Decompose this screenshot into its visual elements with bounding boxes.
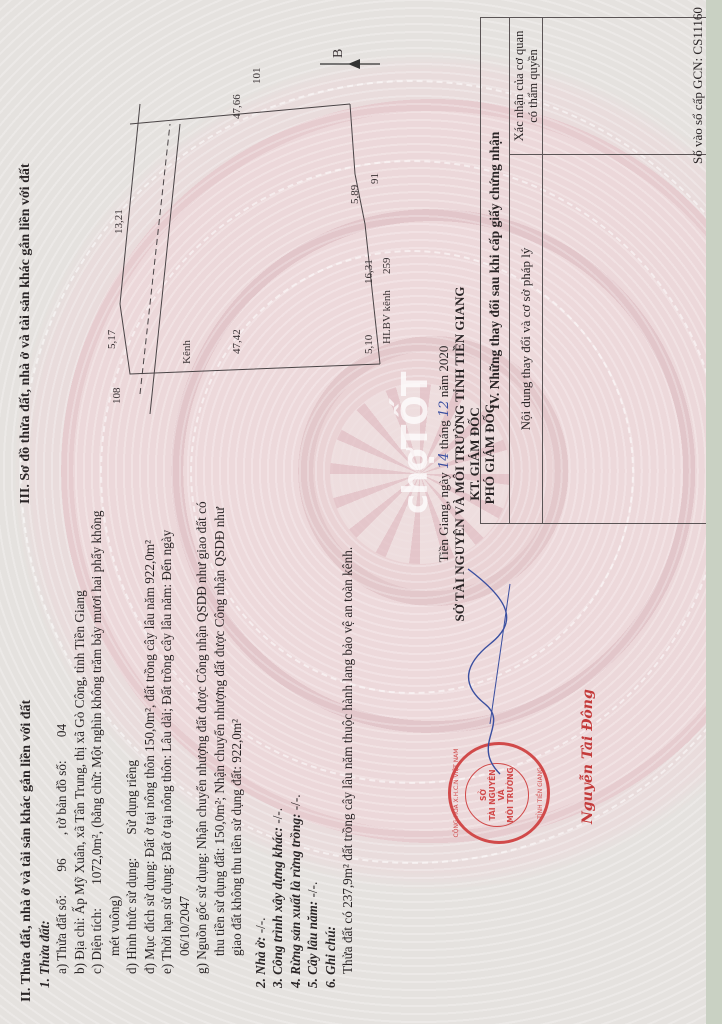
stamp-ring-text: CỘNG HÒA X.H.C.N VIỆT NAM — [453, 745, 460, 841]
field-label: , tờ bản đồ số: — [54, 760, 69, 835]
field-value: -/-. — [253, 918, 268, 934]
edge-length-label: 5,89 — [349, 184, 361, 204]
address-row: b) Địa chỉ: Ấp Mỹ Xuân, xã Tân Trung, th… — [71, 532, 89, 1002]
note-value: Thửa đất có 237,9m² đất trồng cây lâu nă… — [339, 532, 357, 1002]
section-title: II. Thửa đất, nhà ở và tài sản khác gắn … — [18, 532, 36, 1002]
origin-value-cont: thu tiền sử dụng đất: 150,0m²; Nhận chuy… — [211, 532, 229, 1002]
field-label: g) Nguồn gốc sử dụng: — [194, 853, 209, 974]
term-value-cont: 06/10/2047 — [176, 532, 194, 1002]
date-prefix: Tiền Giang, ngày — [436, 472, 451, 562]
edge-length-label: 5,17 — [106, 329, 118, 349]
subsection-title: 1. Thửa đất: — [36, 532, 54, 1002]
field-label: 5. Cây lâu năm: — [305, 901, 320, 988]
section-title: III. Sơ đồ thửa đất, nhà ở và tài sản kh… — [18, 163, 34, 504]
changes-table: IV. Những thay đổi sau khi cấp giấy chứn… — [480, 17, 712, 524]
stamp-ring-text: TỈNH TIỀN GIANG — [537, 745, 544, 841]
header-line: Xác nhận của cơ quan — [512, 18, 526, 154]
date-month: 12 — [437, 401, 452, 418]
purpose-row: đ) Mục đích sử dụng: Đất ở tại nông thôn… — [141, 532, 159, 1002]
column-header-content: Nội dung thay đổi và cơ sở pháp lý — [510, 154, 542, 523]
field-value: -/-. — [270, 808, 285, 824]
parcel-number: 96 — [54, 858, 69, 871]
origin-value-cont: giao đất không thu tiền sử dụng đất: 922… — [228, 532, 246, 1002]
field-label: 3. Công trình xây dựng khác: — [270, 827, 285, 988]
edge-length-label: 13,21 — [113, 209, 125, 234]
column-header-confirm: Xác nhận của cơ quan có thẩm quyền — [510, 18, 542, 154]
field-label: 2. Nhà ở: — [253, 937, 268, 988]
edge-length-label: 16,31 — [363, 259, 375, 284]
field-value: -/-. — [305, 882, 320, 898]
stamp-text: SỞ — [479, 789, 488, 801]
address-value: Ấp Mỹ Xuân, xã Tân Trung, thị xã Gò Công… — [72, 590, 87, 914]
place-date-line: Tiền Giang, ngày 14 tháng 12 năm 2020 — [436, 284, 452, 624]
edge-length-label: 5,10 — [363, 334, 375, 354]
field-label: a) Thửa đất số: — [54, 895, 69, 974]
perennial-row: 5. Cây lâu năm: -/-. — [304, 532, 322, 1002]
parcel-map: B 91 259 101 108 HLBV kênh Kênh 5,89 16,… — [60, 24, 420, 424]
area-value: 1072,0m², (bằng chữ: Một nghìn không tră… — [89, 511, 104, 885]
area-row: c) Diện tích: 1072,0m², (bằng chữ: Một n… — [88, 532, 106, 1002]
photo-edge — [706, 0, 722, 1024]
field-label: 4. Rừng sản xuất là rừng trồng: — [288, 814, 303, 988]
date-day: 14 — [437, 452, 452, 469]
canal-label: Kênh — [181, 340, 193, 364]
purpose-value: Đất ở tại nông thôn 150,0m², đất trồng c… — [142, 540, 157, 857]
watermark-text: chợ — [396, 449, 436, 514]
form-row: d) Hình thức sử dụng: Sử dụng riêng — [123, 532, 141, 1002]
parcel-row: a) Thửa đất số: 96 , tờ bản đồ số: 04 — [53, 532, 71, 1002]
north-label: B — [331, 49, 346, 58]
table-title: IV. Những thay đổi sau khi cấp giấy chứn… — [481, 18, 510, 523]
table-header-row: Nội dung thay đổi và cơ sở pháp lý Xác n… — [510, 18, 543, 523]
land-certificate-page: chợTỐT II. Thửa đất, nhà ở và tài sản kh… — [0, 0, 722, 1024]
house-row: 2. Nhà ở: -/-. — [252, 532, 270, 1002]
header-line: có thẩm quyền — [526, 18, 540, 154]
date-label: tháng — [436, 420, 451, 449]
stamp-text: VÀ — [497, 789, 506, 800]
section-land-info: II. Thửa đất, nhà ở và tài sản khác gắn … — [18, 532, 357, 1002]
field-value: -/-. — [288, 794, 303, 810]
note-label: 6. Ghi chú: — [322, 532, 340, 1002]
origin-row: g) Nguồn gốc sử dụng: Nhận chuyển nhượng… — [193, 532, 211, 1002]
empty-cell — [543, 18, 709, 154]
field-label: d) Hình thức sử dụng: — [124, 858, 139, 974]
registry-number: CS11160 — [690, 7, 705, 54]
issuing-organization: SỞ TÀI NGUYÊN VÀ MÔI TRƯỜNG TỈNH TIỀN GI… — [452, 284, 467, 624]
field-label: c) Diện tích: — [89, 908, 104, 974]
forest-row: 4. Rừng sản xuất là rừng trồng: -/-. — [287, 532, 305, 1002]
registry-number-line: Số vào sổ cấp GCN: CS11160 — [690, 7, 706, 164]
parcel-diagram: B 91 259 101 108 HLBV kênh Kênh 5,89 16,… — [60, 24, 420, 424]
date-year: năm 2020 — [436, 346, 451, 398]
term-value: Đất ở tại nông thôn: Lâu dài; Đất trồng … — [159, 530, 174, 861]
canal-corridor-label: HLBV kênh — [381, 290, 393, 344]
neighbor-parcel-label: 108 — [111, 387, 123, 404]
neighbor-parcel-label: 101 — [251, 68, 263, 85]
other-construction-row: 3. Công trình xây dựng khác: -/-. — [269, 532, 287, 1002]
form-value: Sử dụng riêng — [124, 760, 139, 835]
registry-label: Số vào sổ cấp GCN: — [690, 58, 705, 164]
term-row: e) Thời hạn sử dụng: Đất ở tại nông thôn… — [158, 532, 176, 1002]
field-label: b) Địa chỉ: — [72, 918, 87, 974]
edge-length-label: 47,42 — [231, 329, 243, 354]
empty-cell — [543, 154, 709, 523]
field-label: đ) Mục đích sử dụng: — [142, 861, 157, 974]
neighbor-parcel-label: 259 — [381, 257, 393, 274]
signer-name: Nguyễn Tài Đông — [580, 689, 596, 824]
north-arrow-icon — [348, 59, 360, 69]
table-empty-row — [543, 18, 709, 523]
origin-value: Nhận chuyển nhượng đất được Công nhận QS… — [194, 501, 209, 849]
field-label: e) Thời hạn sử dụng: — [159, 864, 174, 974]
area-value-cont: mét vuông) — [106, 532, 124, 1002]
map-sheet-number: 04 — [54, 724, 69, 737]
edge-length-label: 47,66 — [231, 94, 243, 119]
neighbor-parcel-label: 91 — [369, 173, 381, 184]
